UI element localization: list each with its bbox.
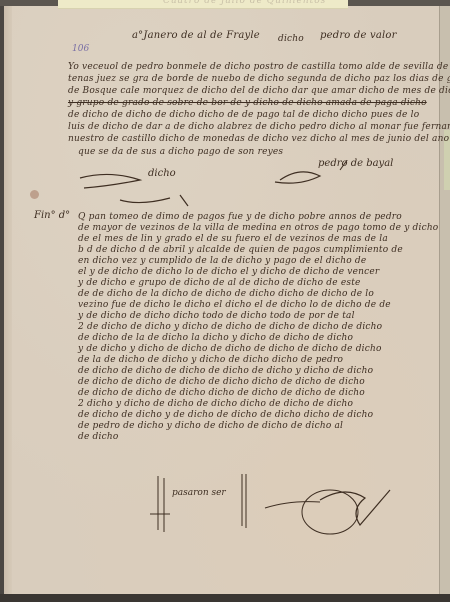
text-line: en dicho vez y cumplido de la de dicho y… bbox=[78, 256, 366, 266]
folio-number: 106 bbox=[72, 44, 89, 54]
binding-edge bbox=[4, 6, 12, 596]
struck-text-line: y grupo de grado de sobre de bor de y di… bbox=[68, 98, 427, 108]
text-line: b d de dicho d de abril y alcalde de qui… bbox=[78, 245, 403, 255]
margin-note: Fin° d° bbox=[34, 210, 70, 221]
top-paper-slip: Cuatro de julio de Quinientos bbox=[58, 0, 348, 9]
text-line: y de dicho e grupo de dicho de al de dic… bbox=[78, 278, 361, 288]
text-line: luis de dicho de dar a de dicho alabrez … bbox=[68, 122, 450, 132]
text-line: y de dicho de dicho dicho todo de dicho … bbox=[78, 311, 355, 321]
text-line: 2 de dicho de dicho y dicho de dicho de … bbox=[78, 322, 382, 332]
text-line: que se da de sus a dicho pago de son rey… bbox=[78, 147, 283, 157]
heading-right: pedro de valor bbox=[320, 30, 397, 41]
heading-left: a°Janero de al de Frayle bbox=[132, 30, 260, 41]
text-line: el y de dicho de dicho lo de dicho el y … bbox=[78, 267, 379, 277]
signature-flourish bbox=[150, 470, 410, 540]
text-line: de dicho de dicho de dicho de dicho de d… bbox=[78, 366, 373, 376]
text-line: de dicho de dicho de dicho dicho de dich… bbox=[78, 388, 365, 398]
text-line: Q pan tomeo de dimo de pagos fue y de di… bbox=[78, 212, 402, 222]
text-line: 2 dicho y dicho de dicho de dicho dicho … bbox=[78, 399, 353, 409]
signature-flourish bbox=[70, 160, 370, 210]
bottom-border bbox=[0, 594, 450, 602]
heading-middle: dicho bbox=[278, 34, 304, 44]
top-slip-text: Cuatro de julio de Quinientos bbox=[163, 0, 326, 6]
text-line: de dicho de dicho y de dicho de dicho de… bbox=[78, 410, 373, 420]
ink-stain bbox=[30, 190, 39, 199]
text-line: tenas juez se gra de borde de nuebo de d… bbox=[68, 74, 450, 84]
text-line: de mayor de vezinos de la villa de medin… bbox=[78, 223, 438, 233]
text-line: de de dicho de la dicho de dicho de dich… bbox=[78, 289, 374, 299]
text-line: de la de dicho de dicho y dicho de dicho… bbox=[78, 355, 343, 365]
text-line: de dicho de la de dicho la dicho y dicho… bbox=[78, 333, 353, 343]
text-line: nuestro de castillo dicho de monedas de … bbox=[68, 134, 450, 144]
text-line: de dicho bbox=[78, 432, 118, 442]
text-line: de Bosque cale morquez de dicho del de d… bbox=[68, 86, 450, 96]
text-line: y de dicho y dicho de dicho de dicho de … bbox=[78, 344, 382, 354]
text-line: vezino fue de dicho le dicho el dicho el… bbox=[78, 300, 391, 310]
text-line: Yo veceuol de pedro bonmele de dicho pos… bbox=[68, 62, 448, 72]
text-line: de dicho de dicho de dicho dicho de de p… bbox=[68, 110, 419, 120]
text-line: de el mes de lin y grado el de su fuero … bbox=[78, 234, 388, 244]
text-line: de pedro de dicho y dicho de dicho de di… bbox=[78, 421, 343, 431]
text-line: de dicho de dicho de dicho de dicho dich… bbox=[78, 377, 365, 387]
